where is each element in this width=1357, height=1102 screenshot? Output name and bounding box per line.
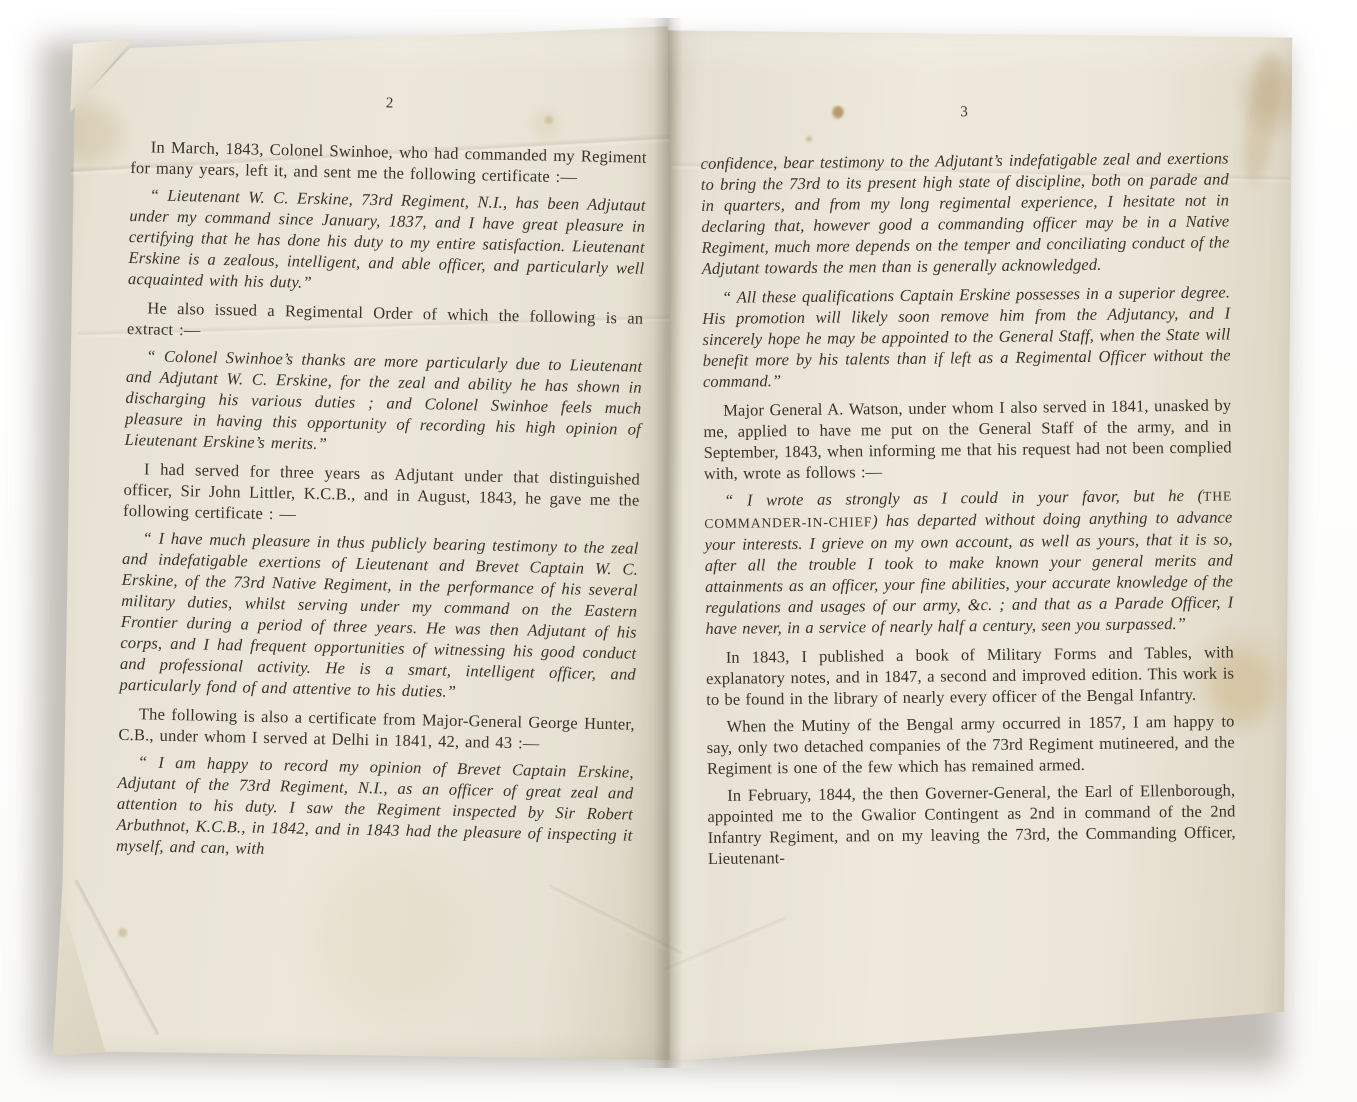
page-number: 3 xyxy=(700,99,1228,125)
regimental-order-quote: “ Colonel Swinhoe’s thanks are more part… xyxy=(124,345,642,461)
letter-quote: “ I wrote as strongly as I could in your… xyxy=(704,484,1234,639)
certificate-quote: “ All these qualifications Captain Erski… xyxy=(702,281,1231,392)
page-2-text: 2 In March, 1843, Colonel Swinhoe, who h… xyxy=(116,88,648,875)
certificate-quote: “ I have much pleasure in thus publicly … xyxy=(119,527,638,706)
body-paragraph: He also issued a Regimental Order of whi… xyxy=(127,297,644,350)
page-3-text: 3 confidence, bear testimony to the Adju… xyxy=(700,99,1236,874)
body-paragraph: Major General A. Watson, under whom I al… xyxy=(703,394,1232,484)
certificate-quote-continuation: confidence, bear testimony to the Adjuta… xyxy=(701,147,1230,279)
body-paragraph: When the Mutiny of the Bengal army occur… xyxy=(706,710,1235,779)
body-paragraph: In 1843, I published a book of Military … xyxy=(706,641,1235,710)
pamphlet-photograph: 2 In March, 1843, Colonel Swinhoe, who h… xyxy=(0,0,1357,1102)
body-paragraph: In February, 1844, the then Governer-Gen… xyxy=(707,779,1236,869)
body-paragraph: The following is also a certificate from… xyxy=(118,703,635,756)
body-paragraph: I had served for three years as Adjutant… xyxy=(123,458,640,532)
certificate-quote: “ Lieutenant W. C. Erskine, 73rd Regimen… xyxy=(128,184,646,300)
quote-text: “ I wrote as strongly as I could in your… xyxy=(724,486,1203,510)
body-paragraph: In March, 1843, Colonel Swinhoe, who had… xyxy=(130,136,647,189)
certificate-quote: “ I am happy to record my opinion of Bre… xyxy=(116,751,634,867)
